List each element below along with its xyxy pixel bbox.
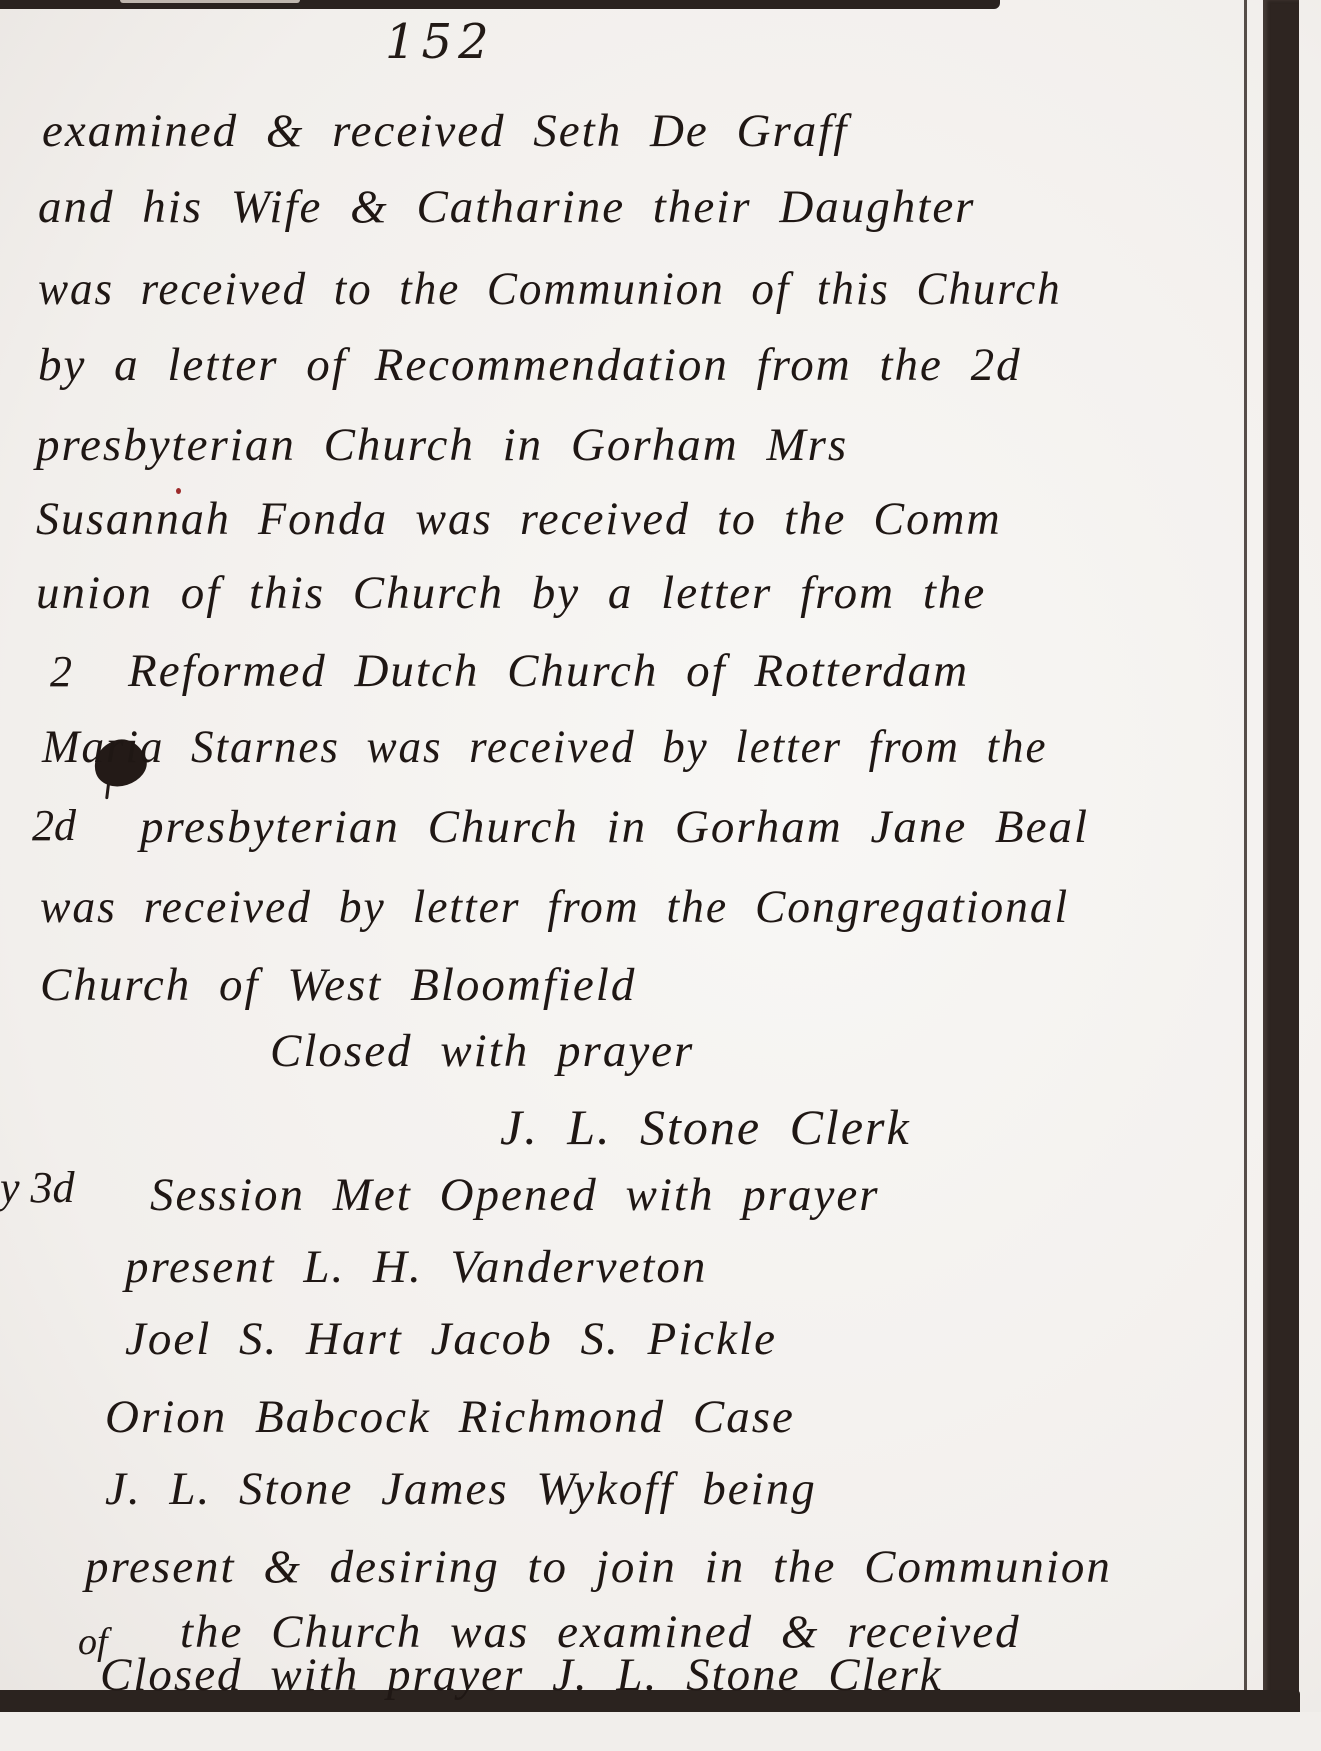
- text-line-8: Reformed Dutch Church of Rotterdam: [128, 644, 969, 698]
- text-line-7: union of this Church by a letter from th…: [36, 566, 986, 620]
- page-top-edge: [0, 0, 1000, 9]
- page-right-border: [1263, 0, 1299, 1712]
- text-line-1: examined & received Seth De Graff: [42, 104, 848, 158]
- clerk-signature-1: J. L. Stone Clerk: [500, 1098, 911, 1156]
- margin-note-2: 2: [50, 646, 72, 697]
- closing-line-1: Closed with prayer: [270, 1024, 694, 1078]
- text-line-5: presbyterian Church in Gorham Mrs: [36, 418, 848, 472]
- text-line-present: present L. H. Vanderveton: [125, 1240, 707, 1294]
- below-page-area: [0, 1712, 1321, 1751]
- text-line-10: presbyterian Church in Gorham Jane Beal: [140, 800, 1089, 854]
- margin-note-2d: 2d: [32, 800, 76, 851]
- text-line-6: Susannah Fonda was received to the Comm: [36, 492, 1002, 546]
- closing-line-2: Closed with prayer J. L. Stone Clerk: [100, 1648, 943, 1702]
- text-line-members-2: Orion Babcock Richmond Case: [105, 1390, 795, 1444]
- text-line-12: Church of West Bloomfield: [40, 958, 636, 1012]
- text-line-members-3: J. L. Stone James Wykoff being: [105, 1462, 817, 1516]
- margin-note-2d-text: 2d: [32, 801, 76, 850]
- text-line-members-1: Joel S. Hart Jacob S. Pickle: [125, 1312, 777, 1366]
- text-line-session-met: Session Met Opened with prayer: [150, 1168, 880, 1222]
- text-line-11: was received by letter from the Congrega…: [40, 880, 1069, 934]
- margin-note-session-date: y 3d: [0, 1162, 75, 1213]
- text-line-9: Maria Starnes was received by letter fro…: [42, 720, 1047, 774]
- text-line-desiring: present & desiring to join in the Commun…: [85, 1540, 1112, 1594]
- text-line-2: and his Wife & Catharine their Daughter: [38, 180, 975, 234]
- page-number: 152: [385, 14, 495, 70]
- page-right-rule: [1244, 0, 1247, 1692]
- manuscript-page: 152 examined & received Seth De Graff an…: [0, 0, 1321, 1751]
- text-line-3: was received to the Communion of this Ch…: [38, 262, 1062, 316]
- text-line-4: by a letter of Recommendation from the 2…: [38, 338, 1022, 392]
